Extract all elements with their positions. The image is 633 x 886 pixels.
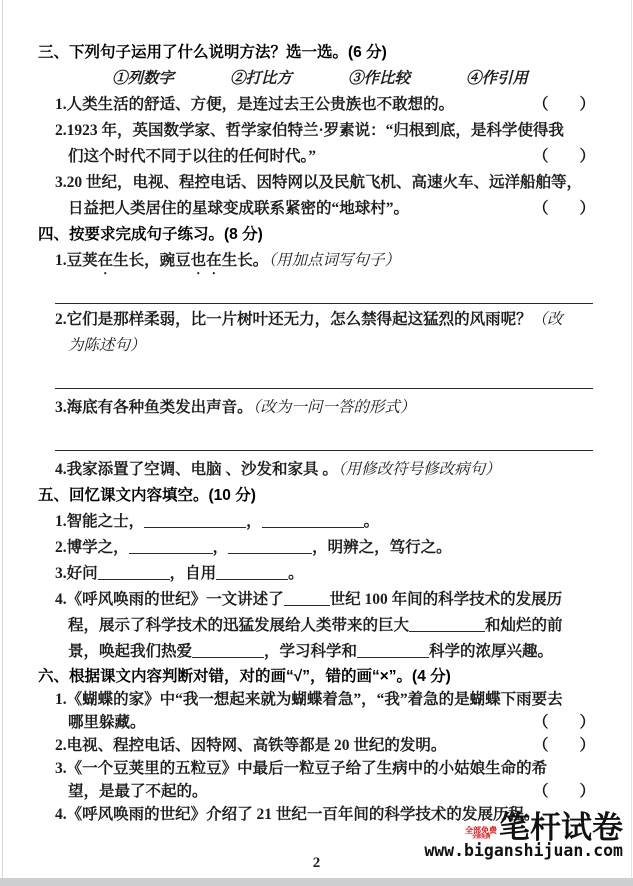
item-text: 景，唤起我们热爱 <box>68 643 192 660</box>
emphasized-char: 在 <box>98 252 114 269</box>
exam-item-continuation: 为陈述句） <box>68 333 633 359</box>
item-text: 1.《蝴蝶的家》中“我一想起来就为蝴蝶着急”，“我”着急的是蝴蝶下雨要去 <box>55 691 563 708</box>
exam-item: 3.20 世纪，电视、程控电话、因特网以及民航飞机、高速火车、远洋船舶等， <box>55 170 633 196</box>
section-3-heading: 三、下列句子运用了什么说明方法？选一选。(6 分) <box>38 40 633 66</box>
item-instruction: （改 <box>532 311 563 328</box>
item-text: 们这个时代不同于以往的任何时代。” <box>68 148 316 165</box>
item-instruction: （用加点词写句子） <box>268 252 400 269</box>
exam-item: 1.人类生活的舒适、方便，是连过去王公贵族也不敢想的。 （ ） <box>55 92 633 118</box>
item-text: 生长，豌豆 <box>113 252 191 269</box>
fill-blank <box>144 512 246 528</box>
exam-item: 3.好问，自用。 <box>55 561 633 587</box>
exam-item-continuation: 景，唤起我们热爱，学习科学和科学的浓厚兴趣。 <box>68 639 633 665</box>
item-text: 科学的浓厚兴趣。 <box>429 643 553 660</box>
item-text: 1.人类生活的舒适、方便，是连过去王公贵族也不敢想的。 <box>55 96 454 113</box>
item-text: 2.博学之， <box>55 539 129 556</box>
section-4-heading: 四、按要求完成句子练习。(8 分) <box>38 222 633 248</box>
item-text: 4.我家添置了空调、电脑 、沙发和家具 。 <box>55 461 338 478</box>
item-text: 程，展示了科学技术的迅猛发展给人类带来的巨大 <box>68 617 409 634</box>
fill-blank <box>98 564 170 580</box>
emphasized-chars: 也在 <box>191 252 222 269</box>
option-2: ②打比方 <box>230 66 292 92</box>
exam-item-continuation: 望，是最了不起的。 （ ） <box>68 780 633 803</box>
exam-item: 1.豆荚在生长，豌豆也在生长。（用加点词写句子） <box>55 248 633 274</box>
exam-paper-page: { "bracket": "（ ）", "s3": { "heading": "… <box>0 0 633 886</box>
fill-blank <box>192 642 264 658</box>
exam-item-continuation: 们这个时代不同于以往的任何时代。” （ ） <box>68 144 633 170</box>
exam-item-continuation: 程，展示了科学技术的迅猛发展给人类带来的巨大和灿烂的前 <box>68 613 633 639</box>
answer-bracket: （ ） <box>533 92 595 118</box>
option-1: ①列数字 <box>112 66 174 92</box>
item-instruction: （改为一问一答的形式） <box>253 399 416 416</box>
exam-item: 3.《一个豆荚里的五粒豆》中最后一粒豆子给了生病中的小姑娘生命的希 <box>55 757 633 780</box>
fill-blank <box>284 590 330 606</box>
item-text: 4.《呼风唤雨的世纪》一文讲述了 <box>55 591 284 608</box>
exam-item: 2.博学之，，，明辨之，笃行之。 <box>55 535 633 561</box>
item-text: 3.好问 <box>55 565 98 582</box>
section-6-heading: 六、根据课文内容判断对错，对的画“√”，错的画“×”。(4 分) <box>38 665 633 688</box>
item-text: 日益把人类居住的星球变成联系紧密的“地球村”。 <box>68 200 409 217</box>
watermark-brand: 笔杆试卷 <box>499 812 623 844</box>
item-text: ， <box>246 513 262 530</box>
item-text: 和灿烂的前 <box>485 617 563 634</box>
watermark-free-subtext: 全部免费 <box>465 835 497 840</box>
exam-item: 2.电视、程控电话、因特网、高铁等都是 20 世纪的发明。 （ ） <box>55 734 633 757</box>
fill-blank <box>228 538 312 554</box>
exam-item-continuation: 哪里躲藏。 （ ） <box>68 711 633 734</box>
answer-writing-line <box>55 274 593 304</box>
answer-writing-line <box>55 421 593 451</box>
answer-bracket: （ ） <box>533 711 595 734</box>
item-instruction: （用修改符号修改病句） <box>338 461 501 478</box>
answer-bracket: （ ） <box>533 734 595 757</box>
exam-item: 4.我家添置了空调、电脑 、沙发和家具 。（用修改符号修改病句） <box>55 457 633 483</box>
scan-bottom-bar <box>0 878 633 886</box>
answer-bracket: （ ） <box>533 196 595 222</box>
item-text: 。 <box>288 565 304 582</box>
exam-item: 1.智能之士，，。 <box>55 509 633 535</box>
section-5-heading: 五、回忆课文内容填空。(10 分) <box>38 483 633 509</box>
fill-blank <box>409 616 485 632</box>
exam-item: 2.它们是那样柔弱，比一片树叶还无力，怎么禁得起这猛烈的风雨呢？（改 <box>55 307 633 333</box>
item-instruction: 为陈述句） <box>68 337 146 354</box>
item-text: 1.智能之士， <box>55 513 144 530</box>
item-text: 2.1923 年，英国数学家、哲学家伯特兰·罗素说：“归根到底，是科学使得我 <box>55 122 564 139</box>
exam-content: 三、下列句子运用了什么说明方法？选一选。(6 分) ①列数字 ②打比方 ③作比较… <box>0 0 633 826</box>
exam-item: 3.海底有各种鱼类发出声音。（改为一问一答的形式） <box>55 395 633 421</box>
exam-item: 2.1923 年，英国数学家、哲学家伯特兰·罗素说：“归根到底，是科学使得我 <box>55 118 633 144</box>
item-text: 3.海底有各种鱼类发出声音。 <box>55 399 253 416</box>
item-text: ，学习科学和 <box>264 643 357 660</box>
answer-writing-line <box>55 359 593 389</box>
publisher-watermark: 全部免费 全部免费 笔杆试卷 www.biganshijuan.com <box>424 812 623 860</box>
fill-blank <box>129 538 213 554</box>
exam-item-continuation: 日益把人类居住的星球变成联系紧密的“地球村”。 （ ） <box>68 196 633 222</box>
fill-blank <box>216 564 288 580</box>
item-text: 3.20 世纪，电视、程控电话、因特网以及民航飞机、高速火车、远洋船舶等， <box>55 174 582 191</box>
item-text: ， <box>213 539 229 556</box>
item-text: ，自用 <box>170 565 217 582</box>
section-3-option-list: ①列数字 ②打比方 ③作比较 ④作引用 <box>112 66 633 92</box>
fill-blank <box>262 512 364 528</box>
item-text: 望，是最了不起的。 <box>68 783 208 800</box>
item-text: 生长。 <box>222 252 269 269</box>
item-text: 哪里躲藏。 <box>68 714 146 731</box>
item-text: 。 <box>364 513 380 530</box>
item-text: 1.豆荚 <box>55 252 98 269</box>
page-number: 2 <box>0 855 633 872</box>
item-text: 3.《一个豆荚里的五粒豆》中最后一粒豆子给了生病中的小姑娘生命的希 <box>55 760 547 777</box>
item-text: 2.电视、程控电话、因特网、高铁等都是 20 世纪的发明。 <box>55 737 446 754</box>
item-text: 2.它们是那样柔弱，比一片树叶还无力，怎么禁得起这猛烈的风雨呢？ <box>55 311 532 328</box>
answer-bracket: （ ） <box>533 144 595 170</box>
exam-item: 4.《呼风唤雨的世纪》一文讲述了世纪 100 年间的科学技术的发展历 <box>55 587 633 613</box>
item-text: ，明辨之，笃行之。 <box>312 539 452 556</box>
option-4: ④作引用 <box>466 66 528 92</box>
exam-item: 1.《蝴蝶的家》中“我一想起来就为蝴蝶着急”，“我”着急的是蝴蝶下雨要去 <box>55 688 633 711</box>
answer-bracket: （ ） <box>533 780 595 803</box>
fill-blank <box>357 642 429 658</box>
option-3: ③作比较 <box>348 66 410 92</box>
item-text: 世纪 100 年间的科学技术的发展历 <box>330 591 563 608</box>
watermark-free-label: 全部免费 全部免费 <box>465 826 497 840</box>
